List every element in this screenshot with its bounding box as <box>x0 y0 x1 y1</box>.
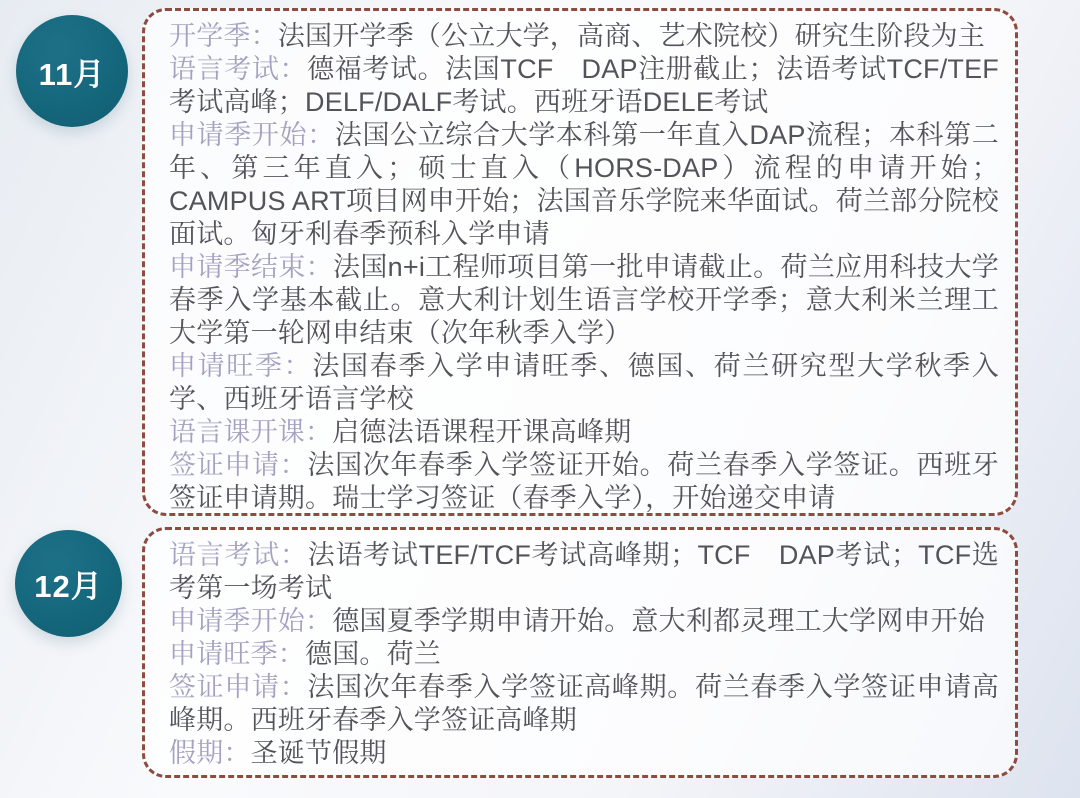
entry-label: 申请旺季： <box>169 639 305 669</box>
timeline-entry: 申请旺季：德国。荷兰 <box>169 638 999 671</box>
entry-text: 圣诞节假期 <box>251 738 387 768</box>
timeline-entry: 语言课开课：启德法语课程开课高峰期 <box>169 416 999 449</box>
entry-label: 申请季开始： <box>169 120 335 150</box>
entry-label: 语言考试： <box>169 540 308 570</box>
entry-label: 假期： <box>169 738 251 768</box>
entry-text: 德国。荷兰 <box>305 639 441 669</box>
month-badge-november: 11月 <box>16 15 128 127</box>
timeline-entry: 语言考试：法语考试TEF/TCF考试高峰期；TCF DAP考试；TCF选考第一场… <box>169 539 999 605</box>
entry-label: 语言考试： <box>169 54 307 84</box>
entry-label: 申请旺季： <box>169 351 312 381</box>
study-abroad-timeline-page: 11月 开学季：法国开学季（公立大学，高商、艺术院校）研究生阶段为主 语言考试：… <box>0 0 1080 798</box>
timeline-entry: 申请季开始：德国夏季学期申请开始。意大利都灵理工大学网申开始 <box>169 605 999 638</box>
timeline-entry: 开学季：法国开学季（公立大学，高商、艺术院校）研究生阶段为主 <box>169 20 999 53</box>
timeline-entry: 签证申请：法国次年春季入学签证开始。荷兰春季入学签证。西班牙签证申请期。瑞士学习… <box>169 449 999 515</box>
entry-label: 签证申请： <box>169 450 307 480</box>
entry-label: 申请季开始： <box>169 606 332 636</box>
timeline-entry: 签证申请：法国次年春季入学签证高峰期。荷兰春季入学签证申请高峰期。西班牙春季入学… <box>169 671 999 737</box>
entry-label: 申请季结束： <box>169 252 333 282</box>
timeline-entry: 申请季开始：法国公立综合大学本科第一年直入DAP流程；本科第二年、第三年直入；硕… <box>169 119 999 251</box>
month-panel-november: 开学季：法国开学季（公立大学，高商、艺术院校）研究生阶段为主 语言考试：德福考试… <box>142 8 1018 516</box>
timeline-entry: 语言考试：德福考试。法国TCF DAP注册截止；法语考试TCF/TEF考试高峰；… <box>169 53 999 119</box>
month-badge-december: 12月 <box>15 530 122 637</box>
entry-label: 开学季： <box>169 21 278 51</box>
month-label: 11月 <box>39 49 106 94</box>
entry-text: 法国开学季（公立大学，高商、艺术院校）研究生阶段为主 <box>278 21 985 51</box>
timeline-entry: 假期：圣诞节假期 <box>169 737 999 770</box>
entry-text: 德国夏季学期申请开始。意大利都灵理工大学网申开始 <box>332 606 985 636</box>
entry-label: 语言课开课： <box>169 417 332 447</box>
month-label: 12月 <box>34 561 102 606</box>
timeline-entry: 申请季结束：法国n+i工程师项目第一批申请截止。荷兰应用科技大学春季入学基本截止… <box>169 251 999 350</box>
month-panel-december: 语言考试：法语考试TEF/TCF考试高峰期；TCF DAP考试；TCF选考第一场… <box>142 527 1018 778</box>
entry-text: 启德法语课程开课高峰期 <box>332 417 631 447</box>
timeline-entry: 申请旺季：法国春季入学申请旺季、德国、荷兰研究型大学秋季入学、西班牙语言学校 <box>169 350 999 416</box>
entry-label: 签证申请： <box>169 672 307 702</box>
